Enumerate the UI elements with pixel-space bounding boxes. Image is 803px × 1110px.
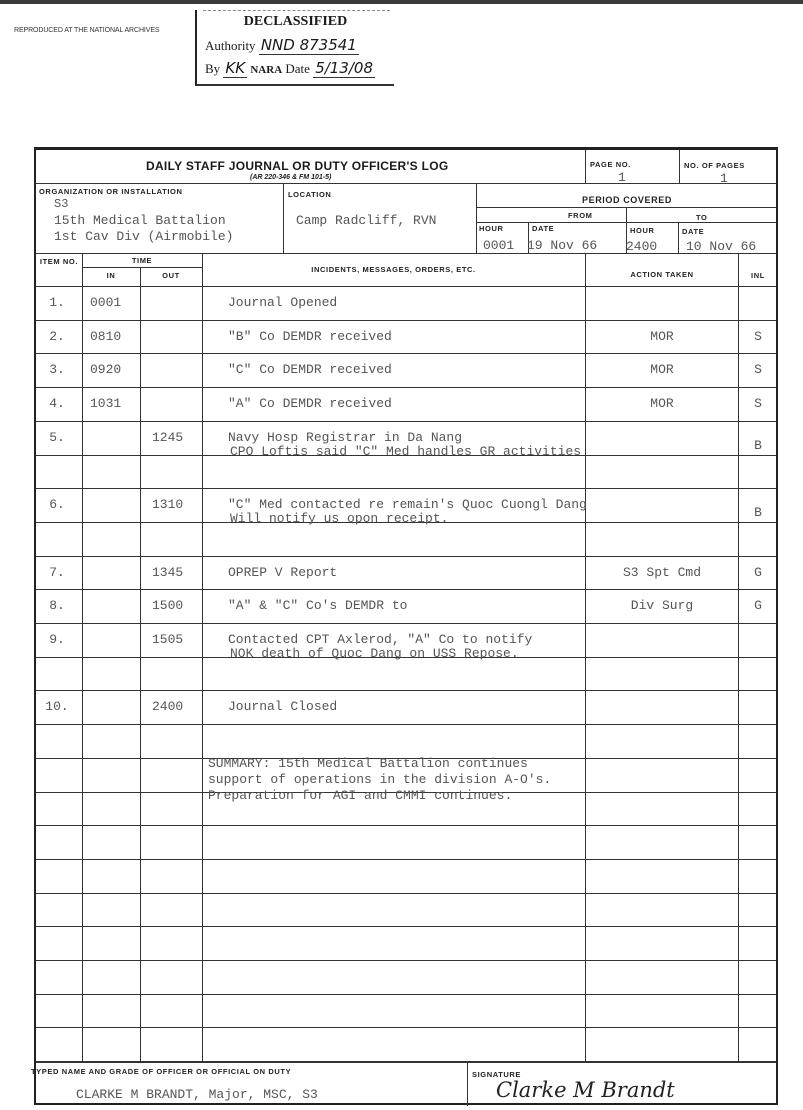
summary-line-1: SUMMARY: 15th Medical Battalion continue…	[208, 756, 528, 771]
entry-item-no: 6.	[36, 497, 78, 512]
to-label: TO	[696, 213, 707, 222]
row-divider	[36, 589, 776, 590]
declassification-stamp: DECLASSIFIED Authority NND 873541 By KK …	[195, 10, 394, 86]
entry-incident-line: CPO Loftis said "C" Med handles GR activ…	[230, 444, 581, 459]
to-hour-label: HOUR	[630, 226, 654, 235]
archive-stamp: REPRODUCED AT THE NATIONAL ARCHIVES	[14, 27, 159, 34]
location-label: LOCATION	[288, 190, 331, 199]
row-divider	[36, 286, 776, 287]
authority-value: NND 873541	[259, 36, 359, 55]
date-value: 5/13/08	[313, 59, 375, 78]
from-date-label: DATE	[532, 224, 554, 233]
no-of-pages-label: NO. OF PAGES	[684, 161, 745, 170]
entry-initials: B	[738, 438, 778, 453]
declassified-title: DECLASSIFIED	[197, 14, 394, 30]
entry-time-out: 1345	[152, 565, 183, 580]
row-divider	[36, 353, 776, 354]
entry-time-out: 1505	[152, 632, 183, 647]
page-no-label: PAGE NO.	[590, 160, 631, 169]
officer-label: TYPED NAME AND GRADE OF OFFICER OR OFFIC…	[31, 1067, 291, 1076]
organization-line-3: 1st Cav Div (Airmobile)	[54, 229, 233, 244]
action-taken-header: ACTION TAKEN	[586, 270, 738, 279]
footer-divider	[36, 1061, 776, 1063]
entry-initials: S	[738, 329, 778, 344]
entry-incident-line: "C" Co DEMDR received	[228, 362, 392, 377]
entry-item-no: 8.	[36, 598, 78, 613]
time-out-header: OUT	[140, 271, 202, 280]
entry-item-no: 1.	[36, 295, 78, 310]
row-divider	[36, 556, 776, 557]
from-hour-value: 0001	[483, 238, 514, 253]
period-covered-label: PERIOD COVERED	[582, 195, 672, 205]
nara-label: NARA	[250, 64, 282, 76]
from-label: FROM	[568, 211, 592, 220]
officer-name: CLARKE M BRANDT, Major, MSC, S3	[76, 1087, 318, 1102]
organization-label: ORGANIZATION OR INSTALLATION	[39, 187, 182, 196]
row-divider	[36, 320, 776, 321]
staff-journal-form: DAILY STAFF JOURNAL OR DUTY OFFICER'S LO…	[34, 147, 778, 1105]
entry-action-taken: Div Surg	[586, 598, 738, 613]
summary-line-3: Preparation for AGI and CMMI continues.	[208, 788, 512, 803]
form-title: DAILY STAFF JOURNAL OR DUTY OFFICER'S LO…	[146, 159, 449, 173]
location-value: Camp Radcliff, RVN	[296, 213, 436, 228]
entry-item-no: 4.	[36, 396, 78, 411]
entry-time-out: 2400	[152, 699, 183, 714]
entry-initials: G	[738, 598, 778, 613]
from-date-value: 19 Nov 66	[527, 238, 597, 253]
row-divider	[36, 387, 776, 388]
entry-incident-line: "B" Co DEMDR received	[228, 329, 392, 344]
row-divider	[36, 488, 776, 489]
divider	[585, 150, 586, 184]
entry-time-in: 0001	[90, 295, 121, 310]
divider	[36, 183, 776, 184]
entry-incident-line: "A" & "C" Co's DEMDR to	[228, 598, 407, 613]
row-divider	[36, 926, 776, 927]
entry-time-in: 0920	[90, 362, 121, 377]
summary-line-2: support of operations in the division A-…	[208, 772, 551, 787]
entry-item-no: 2.	[36, 329, 78, 344]
organization-line-1: S3	[54, 197, 68, 211]
divider	[36, 253, 776, 254]
row-divider	[36, 994, 776, 995]
entry-incident-line: Navy Hosp Registrar in Da Nang	[228, 430, 462, 445]
scan-top-edge	[0, 0, 803, 4]
entry-item-no: 5.	[36, 430, 78, 445]
stamp-top-edge	[203, 10, 390, 11]
entry-action-taken: MOR	[586, 396, 738, 411]
entry-incident-line: NOK death of Quoc Dang on USS Repose.	[230, 646, 519, 661]
row-divider	[36, 421, 776, 422]
to-date-value: 10 Nov 66	[686, 239, 756, 254]
entry-incident-line: Journal Opened	[228, 295, 337, 310]
entry-incident-line: OPREP V Report	[228, 565, 337, 580]
entry-incident-line: Will notify us opon receipt.	[230, 511, 448, 526]
row-divider	[36, 960, 776, 961]
organization-line-2: 15th Medical Battalion	[54, 213, 226, 228]
by-line: By KK NARA Date 5/13/08	[205, 59, 375, 77]
divider	[679, 150, 680, 184]
entry-time-out: 1245	[152, 430, 183, 445]
divider	[476, 183, 477, 254]
entry-incident-line: "C" Med contacted re remain's Quoc Cuong…	[228, 497, 587, 512]
incidents-header: INCIDENTS, MESSAGES, ORDERS, ETC.	[202, 265, 585, 274]
divider	[678, 222, 679, 254]
inl-header: INL	[738, 271, 778, 280]
entry-time-in: 0810	[90, 329, 121, 344]
entry-time-out: 1310	[152, 497, 183, 512]
entry-initials: S	[738, 362, 778, 377]
entry-item-no: 3.	[36, 362, 78, 377]
entry-initials: B	[738, 505, 778, 520]
entry-action-taken: MOR	[586, 362, 738, 377]
row-divider	[36, 1027, 776, 1028]
to-hour-value: 2400	[626, 239, 657, 254]
row-divider	[36, 825, 776, 826]
entry-action-taken: S3 Spt Cmd	[586, 565, 738, 580]
signature: Clarke M Brandt	[496, 1078, 675, 1102]
entry-incident-line: "A" Co DEMDR received	[228, 396, 392, 411]
entry-action-taken: MOR	[586, 329, 738, 344]
authority-line: Authority NND 873541	[205, 36, 359, 54]
date-label: Date	[285, 61, 310, 76]
authority-label: Authority	[205, 38, 256, 53]
entry-initials: G	[738, 565, 778, 580]
entry-incident-line: Contacted CPT Axlerod, "A" Co to notify	[228, 632, 532, 647]
time-header: TIME	[82, 256, 202, 265]
entry-time-out: 1500	[152, 598, 183, 613]
divider	[283, 183, 284, 254]
row-divider	[36, 859, 776, 860]
form-regulation: (AR 220-346 & FM 101-5)	[250, 174, 331, 181]
row-divider	[36, 690, 776, 691]
row-divider	[36, 623, 776, 624]
time-in-header: IN	[82, 271, 140, 280]
divider	[476, 222, 776, 223]
row-divider	[36, 724, 776, 725]
to-date-label: DATE	[682, 227, 704, 236]
by-value: KK	[223, 59, 247, 78]
entry-initials: S	[738, 396, 778, 411]
divider	[82, 267, 202, 268]
entry-item-no: 9.	[36, 632, 78, 647]
entry-item-no: 7.	[36, 565, 78, 580]
entry-time-in: 1031	[90, 396, 121, 411]
entry-item-no: 10.	[36, 699, 78, 714]
row-divider	[36, 893, 776, 894]
divider	[467, 1061, 468, 1106]
by-label: By	[205, 61, 220, 76]
entry-incident-line: Journal Closed	[228, 699, 337, 714]
item-no-header: ITEM NO.	[36, 257, 82, 267]
from-hour-label: HOUR	[479, 224, 503, 233]
